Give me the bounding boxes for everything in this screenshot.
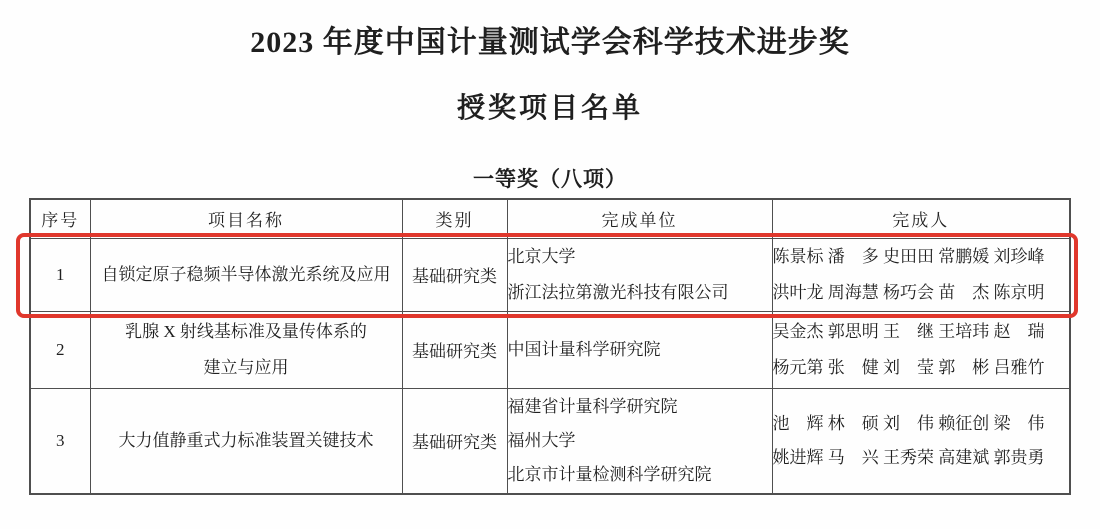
header-organizations: 完成单位 bbox=[507, 199, 772, 239]
awards-table: 序号 项目名称 类别 完成单位 完成人 1 自锁定原子稳频半导体激光系统及应用 … bbox=[29, 198, 1071, 495]
cell-organizations: 中国计量科学研究院 bbox=[507, 311, 772, 388]
cell-seq: 1 bbox=[30, 238, 90, 311]
table-header-row: 序号 项目名称 类别 完成单位 完成人 bbox=[30, 199, 1070, 239]
cell-organizations: 北京大学 浙江法拉第激光科技有限公司 bbox=[507, 238, 772, 311]
header-project-name: 项目名称 bbox=[90, 199, 402, 239]
cell-project-name: 自锁定原子稳频半导体激光系统及应用 bbox=[90, 238, 402, 311]
cell-project-name: 乳腺 X 射线基标准及量传体系的 建立与应用 bbox=[90, 311, 402, 388]
cell-project-name: 大力值静重式力标准装置关键技术 bbox=[90, 388, 402, 494]
page-title: 2023 年度中国计量测试学会科学技术进步奖 bbox=[0, 0, 1100, 61]
cell-seq: 3 bbox=[30, 388, 90, 494]
table-row-1: 1 自锁定原子稳频半导体激光系统及应用 基础研究类 北京大学 浙江法拉第激光科技… bbox=[30, 238, 1070, 311]
header-contributors: 完成人 bbox=[772, 199, 1070, 239]
document-page: 2023 年度中国计量测试学会科学技术进步奖 授奖项目名单 一等奖（八项） 序号… bbox=[0, 0, 1100, 529]
header-seq: 序号 bbox=[30, 199, 90, 239]
cell-contributors: 池 辉 林 硕 刘 伟 赖征创 梁 伟 姚进辉 马 兴 王秀荣 高建斌 郭贵勇 bbox=[772, 388, 1070, 494]
table-row-2: 2 乳腺 X 射线基标准及量传体系的 建立与应用 基础研究类 中国计量科学研究院… bbox=[30, 311, 1070, 388]
cell-organizations: 福建省计量科学研究院 福州大学 北京市计量检测科学研究院 bbox=[507, 388, 772, 494]
section-heading: 一等奖（八项） bbox=[0, 126, 1100, 198]
cell-contributors: 吴金杰 郭思明 王 继 王培玮 赵 瑞 杨元第 张 健 刘 莹 郭 彬 吕雅竹 bbox=[772, 311, 1070, 388]
cell-seq: 2 bbox=[30, 311, 90, 388]
cell-contributors: 陈景标 潘 多 史田田 常鹏媛 刘珍峰 洪叶龙 周海慧 杨巧会 苗 杰 陈京明 bbox=[772, 238, 1070, 311]
cell-category: 基础研究类 bbox=[402, 238, 507, 311]
table-row-3: 3 大力值静重式力标准装置关键技术 基础研究类 福建省计量科学研究院 福州大学 … bbox=[30, 388, 1070, 494]
page-subtitle: 授奖项目名单 bbox=[0, 61, 1100, 126]
cell-category: 基础研究类 bbox=[402, 388, 507, 494]
cell-category: 基础研究类 bbox=[402, 311, 507, 388]
header-category: 类别 bbox=[402, 199, 507, 239]
